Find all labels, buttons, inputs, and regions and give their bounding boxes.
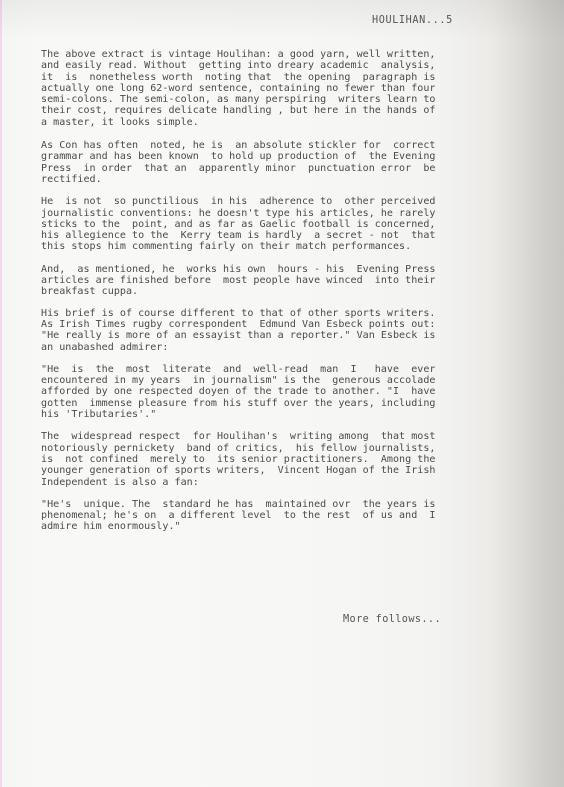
text-line: grammar and has been known to hold up pr… (41, 151, 561, 162)
text-line: "He's unique. The standard he has mainta… (41, 499, 561, 510)
paragraph: The widespread respect for Houlihan's wr… (41, 431, 561, 487)
text-line: He is not so punctilious in his adherenc… (41, 196, 561, 207)
paragraph: And, as mentioned, he works his own hour… (41, 264, 561, 298)
text-line: sticks to the point, and as far as Gaeli… (41, 219, 561, 230)
text-line: journalistic conventions: he doesn't typ… (41, 208, 561, 219)
text-line: The widespread respect for Houlihan's wr… (41, 431, 561, 442)
text-line: notoriously pernickety band of critics, … (41, 443, 561, 454)
text-line: it is nonetheless worth noting that the … (41, 72, 561, 83)
text-line: is not confined merely to its senior pra… (41, 454, 561, 465)
text-line: an unabashed admirer: (41, 342, 561, 353)
text-line: Press in order that an apparently minor … (41, 163, 561, 174)
text-line: As Con has often noted, he is an absolut… (41, 140, 561, 151)
paragraph: "He's unique. The standard he has mainta… (41, 499, 561, 533)
paragraph: His brief is of course different to that… (41, 308, 561, 353)
text-line: His brief is of course different to that… (41, 308, 561, 319)
text-line: this stops him commenting fairly on thei… (41, 241, 561, 252)
paragraph: "He is the most literate and well-read m… (41, 364, 561, 420)
text-line: "He is the most literate and well-read m… (41, 364, 561, 375)
scan-edge (0, 0, 2, 787)
text-line: "He really is more of an essayist than a… (41, 330, 561, 341)
continuation-note: More follows... (343, 614, 441, 625)
text-line: rectified. (41, 174, 561, 185)
text-line: actually one long 62-word sentence, cont… (41, 83, 561, 94)
paragraph: The above extract is vintage Houlihan: a… (41, 49, 561, 128)
text-line: encountered in my years in journalism" i… (41, 375, 561, 386)
document-body: The above extract is vintage Houlihan: a… (41, 49, 561, 533)
text-line: his allegience to the Kerry team is hard… (41, 230, 561, 241)
text-line: their cost, requires delicate handling ,… (41, 105, 561, 116)
text-line: And, as mentioned, he works his own hour… (41, 264, 561, 275)
text-line: As Irish Times rugby correspondent Edmun… (41, 319, 561, 330)
text-line: The above extract is vintage Houlihan: a… (41, 49, 561, 60)
text-line: younger generation of sports writers, Vi… (41, 465, 561, 476)
text-line: phenomenal; he's on a different level to… (41, 510, 561, 521)
text-line: articles are finished before most people… (41, 275, 561, 286)
text-line: afforded by one respected doyen of the t… (41, 386, 561, 397)
paragraph: As Con has often noted, he is an absolut… (41, 140, 561, 185)
text-line: breakfast cuppa. (41, 286, 561, 297)
text-line: a master, it looks simple. (41, 117, 561, 128)
page-header: HOULIHAN...5 (372, 15, 453, 26)
paragraph: He is not so punctilious in his adherenc… (41, 196, 561, 252)
text-line: Independent is also a fan: (41, 477, 561, 488)
text-line: gotten immense pleasure from his stuff o… (41, 398, 561, 409)
text-line: and easily read. Without getting into dr… (41, 60, 561, 71)
text-line: semi-colons. The semi-colon, as many per… (41, 94, 561, 105)
scan-shadow (0, 0, 564, 40)
text-line: admire him enormously." (41, 521, 561, 532)
text-line: his 'Tributaries'." (41, 409, 561, 420)
